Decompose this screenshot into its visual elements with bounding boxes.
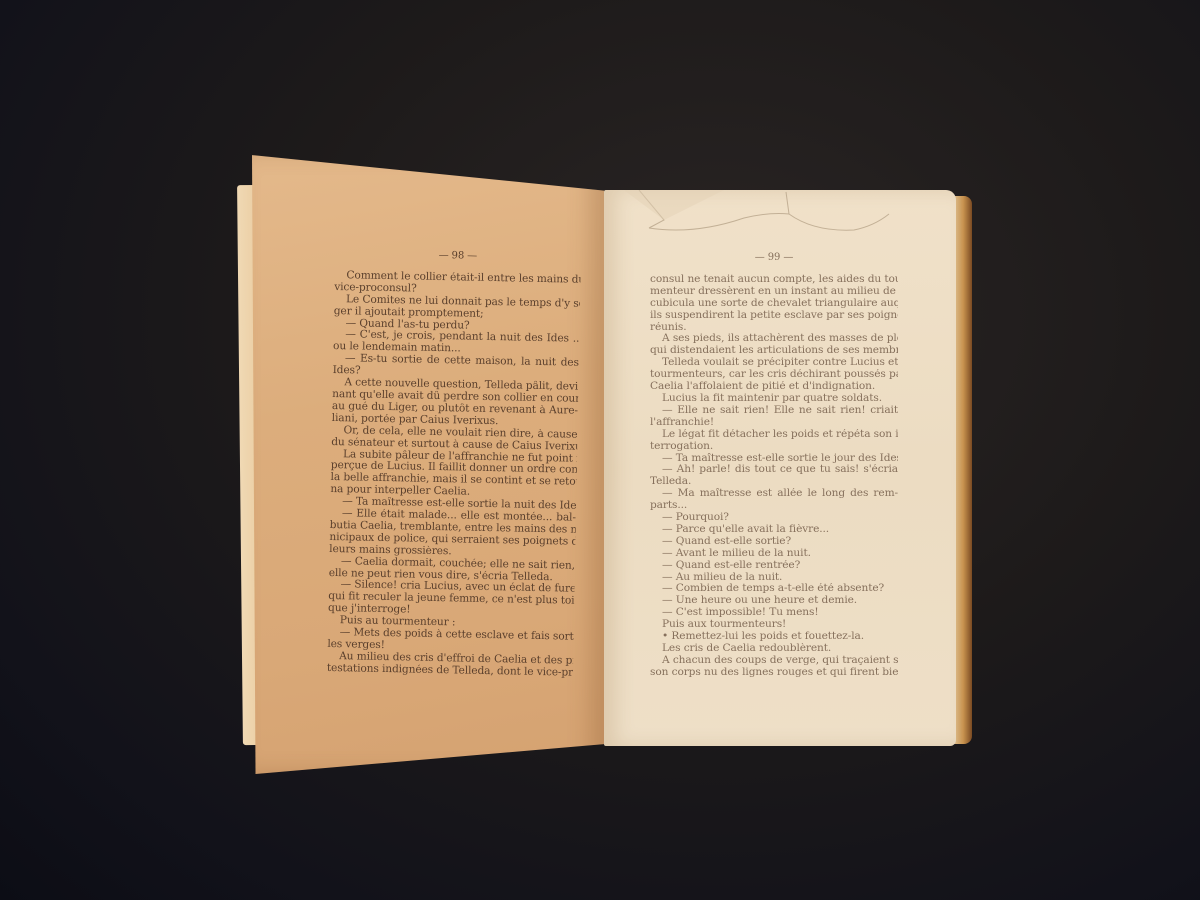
text-line: Puis aux tourmenteurs! — [650, 619, 898, 631]
text-line: A ses pieds, ils attachèrent des masses … — [650, 333, 898, 345]
text-line: l'affranchie! — [650, 417, 898, 429]
text-line: — C'est impossible! Tu mens! — [650, 607, 898, 619]
right-page-text: — 99 — consul ne tenait aucun compte, le… — [650, 252, 898, 679]
text-line: Lucius la fit maintenir par quatre solda… — [650, 393, 898, 405]
text-line: • Remettez-lui les poids et fouettez-la. — [650, 631, 898, 643]
left-page-body: Comment le collier était-il entre les ma… — [327, 270, 581, 679]
left-page-text: — 98 — Comment le collier était-il entre… — [327, 248, 581, 679]
text-line: Telleda. — [650, 476, 898, 488]
text-line: — Ma maîtresse est allée le long des rem… — [650, 488, 898, 500]
text-line: — Quand est-elle rentrée? — [650, 560, 898, 572]
text-line: — Pourquoi? — [650, 512, 898, 524]
text-line: cubicula une sorte de chevalet triangula… — [650, 298, 898, 310]
right-page-body: consul ne tenait aucun compte, les aides… — [650, 274, 898, 679]
text-line: — Ta maîtresse est-elle sortie le jour d… — [650, 453, 898, 465]
text-line: — Elle ne sait rien! Elle ne sait rien! … — [650, 405, 898, 417]
text-line: ils suspendirent la petite esclave par s… — [650, 310, 898, 322]
text-line: réunis. — [650, 322, 898, 334]
text-line: — Au milieu de la nuit. — [650, 572, 898, 584]
text-line: — Parce qu'elle avait la fièvre... — [650, 524, 898, 536]
text-line: A chacun des coups de verge, qui traçaie… — [650, 655, 898, 667]
text-line: qui distendaient les articulations de se… — [650, 345, 898, 357]
text-line: consul ne tenait aucun compte, les aides… — [650, 274, 898, 286]
page-number: — 99 — — [650, 252, 898, 264]
text-line: — Combien de temps a-t-elle été absente? — [650, 583, 898, 595]
text-line: menteur dressèrent en un instant au mili… — [650, 286, 898, 298]
torn-paper-crease — [604, 190, 956, 250]
text-line: — Quand est-elle sortie? — [650, 536, 898, 548]
text-line: Telleda voulait se précipiter contre Luc… — [650, 357, 898, 369]
text-line: terrogation. — [650, 441, 898, 453]
text-line: — Avant le milieu de la nuit. — [650, 548, 898, 560]
text-line: Le légat fit détacher les poids et répét… — [650, 429, 898, 441]
text-line: — Ah! parle! dis tout ce que tu sais! s'… — [650, 464, 898, 476]
text-line: — Une heure ou une heure et demie. — [650, 595, 898, 607]
photo-scene: — 98 — Comment le collier était-il entre… — [0, 0, 1200, 900]
text-line: Caelia l'affolaient de pitié et d'indign… — [650, 381, 898, 393]
text-line: tourmenteurs, car les cris déchirant pou… — [650, 369, 898, 381]
text-line: Les cris de Caelia redoublèrent. — [650, 643, 898, 655]
text-line: parts... — [650, 500, 898, 512]
text-line: son corps nu des lignes rouges et qui fi… — [650, 667, 898, 679]
